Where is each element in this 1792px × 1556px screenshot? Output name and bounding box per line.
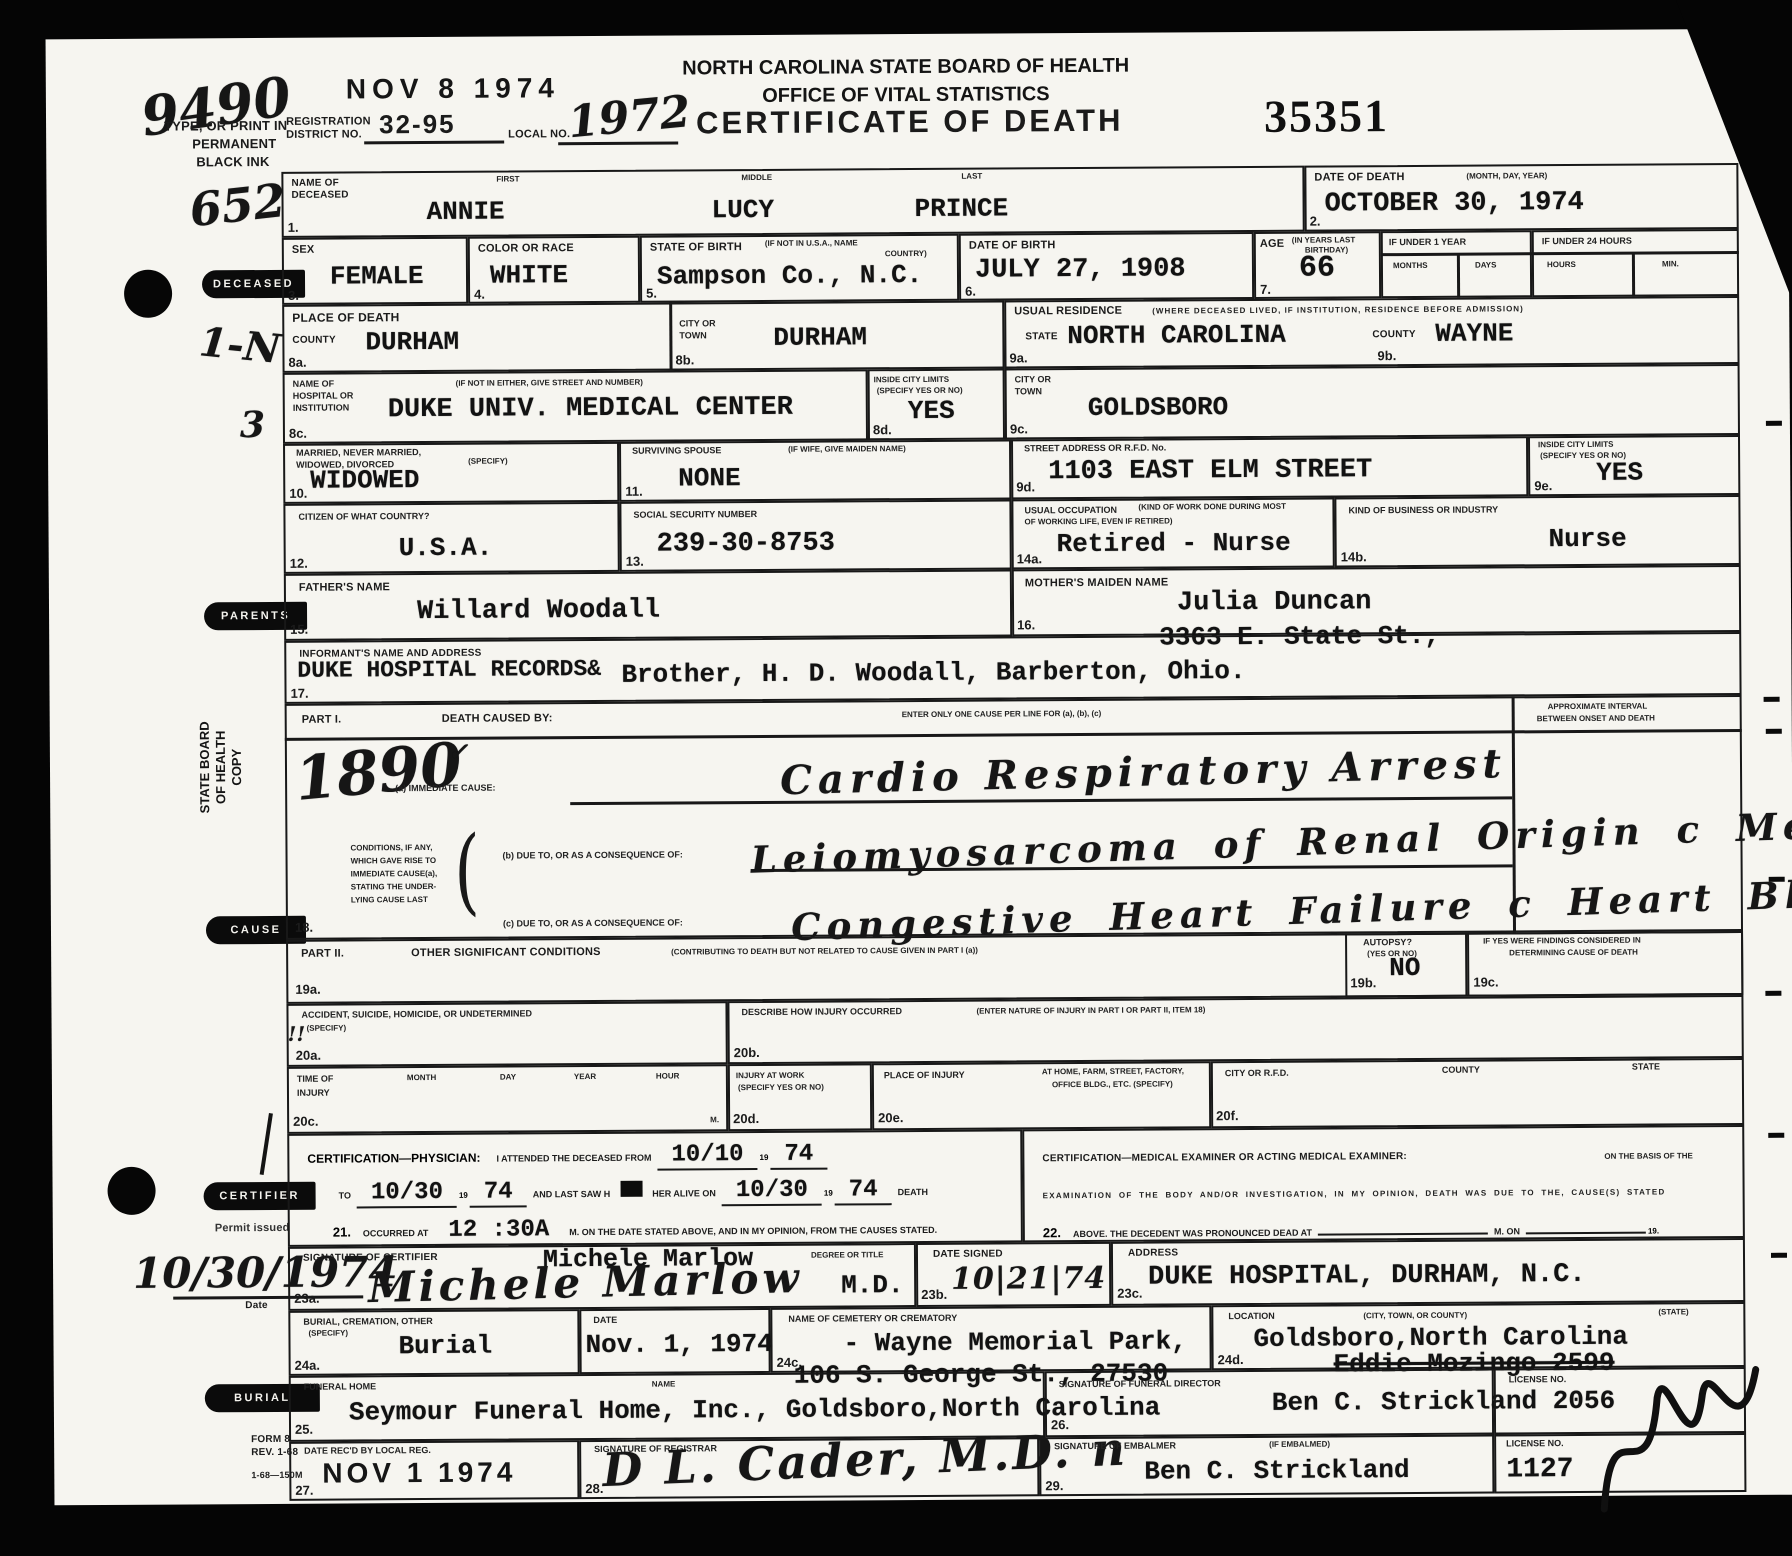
attended-to-value: 10/30 — [357, 1179, 457, 1209]
board-title: NORTH CAROLINA STATE BOARD OF HEALTH — [626, 54, 1186, 80]
field-7-num: 7. — [1260, 282, 1271, 297]
cemetery-label: NAME OF CEMETERY OR CREMATORY — [788, 1313, 957, 1324]
findings-label1: IF YES WERE FINDINGS CONSIDERED IN — [1483, 936, 1641, 946]
part1-title: DEATH CAUSED BY: — [442, 712, 553, 725]
occupation-label: USUAL OCCUPATION — [1024, 505, 1117, 516]
field-19c-num: 19c. — [1473, 974, 1498, 989]
physician-line2: TO 10/30 19 74 AND LAST SAW H HER ALIVE … — [333, 1176, 935, 1209]
birth-state-sub1: (IF NOT IN U.S.A., NAME — [765, 238, 858, 248]
scan-dash — [1764, 697, 1780, 702]
director-label: SIGNATURE OF FUNERAL DIRECTOR — [1059, 1378, 1221, 1389]
last-saw-value: 10/30 — [722, 1177, 822, 1207]
conditions-line5: LYING CAUSE LAST — [351, 895, 428, 904]
icl-8d-label: INSIDE CITY LIMITS — [874, 375, 949, 384]
attended-from-value: 10/10 — [657, 1141, 757, 1171]
hole-punch-top — [124, 270, 172, 318]
describe-sublabel: (ENTER NATURE OF INJURY IN PART I OR PAR… — [976, 1005, 1205, 1015]
local-no-label: LOCAL NO. — [508, 128, 570, 140]
icl-9e-value: YES — [1596, 458, 1643, 488]
residence-city-label2: TOWN — [1015, 386, 1042, 396]
hours-label: HOURS — [1547, 260, 1576, 269]
field-21-num: 21. — [333, 1224, 351, 1239]
middle-name-value: LUCY — [712, 195, 775, 225]
months-days-divider — [1457, 255, 1460, 298]
cemetery-value: - Wayne Memorial Park, — [843, 1326, 1186, 1358]
certifier-signature: Michele Marlow — [368, 1253, 804, 1312]
residence-city-value: GOLDSBORO — [1088, 392, 1229, 423]
scanned-death-certificate: { "header": { "received_stamp": "NOV 8 1… — [0, 0, 1792, 1556]
months-label: MONTHS — [1393, 261, 1428, 270]
date-signed-value: 10|21|74 — [951, 1261, 1106, 1297]
pronounced-time-slot — [1318, 1221, 1488, 1236]
funeral-home-name-label: NAME — [652, 1380, 676, 1389]
pod-city-label2: TOWN — [679, 330, 706, 340]
field-24a-num: 24a. — [295, 1358, 320, 1373]
margin-code-652: 652 — [187, 173, 288, 237]
scan-dash — [1769, 877, 1785, 882]
pod-city-label1: CITY OR — [679, 318, 715, 328]
address-label: ADDRESS — [1128, 1247, 1178, 1258]
field-27-num: 27. — [295, 1483, 313, 1498]
spouse-sublabel: (IF WIFE, GIVE MAIDEN NAME) — [788, 444, 906, 454]
to-label: TO — [339, 1190, 351, 1200]
field-20d-num: 20d. — [733, 1111, 759, 1126]
burial-type-label: BURIAL, CREMATION, OTHER — [303, 1316, 432, 1327]
yr19-c: 19 — [824, 1189, 833, 1198]
occurred-at-label: OCCURRED AT — [363, 1228, 429, 1238]
autopsy-label: AUTOPSY? — [1363, 937, 1412, 947]
last-saw-label-a: AND LAST SAW H — [533, 1189, 611, 1199]
scan-dash — [1771, 1253, 1787, 1258]
residence-county-label: COUNTY — [1372, 329, 1415, 340]
last-saw-year: 74 — [835, 1176, 892, 1205]
embalmer-license-label: LICENSE NO. — [1506, 1438, 1564, 1448]
burial-type-sublabel: (SPECIFY) — [308, 1329, 348, 1338]
work-sublabel: (SPECIFY YES OR NO) — [738, 1083, 824, 1093]
days-label: DAYS — [1475, 260, 1497, 269]
residence-city-label1: CITY OR — [1015, 374, 1051, 384]
local-no-underline — [558, 141, 678, 144]
ink-note-line3: BLACK INK — [196, 154, 269, 169]
form-number-line1: FORM 8 — [251, 1434, 290, 1445]
date-signed-label: DATE SIGNED — [933, 1249, 1003, 1260]
citizen-value: U.S.A. — [399, 533, 493, 564]
field-20c-num: 20c. — [293, 1114, 318, 1129]
mother-value: Julia Duncan — [1177, 587, 1372, 618]
hours-min-divider — [1632, 254, 1635, 297]
field-18-num: 18. — [295, 920, 313, 935]
work-label: INJURY AT WORK — [736, 1071, 805, 1080]
permit-date-caption: Date — [245, 1300, 268, 1311]
residence-label: USUAL RESIDENCE — [1014, 305, 1122, 318]
certificate-number: 35351 — [1264, 89, 1389, 143]
field-19a-num: 19a. — [295, 982, 320, 997]
copy-designation: STATE BOARDOF HEALTHCOPY — [197, 687, 268, 847]
marital-sublabel: (SPECIFY) — [468, 457, 508, 466]
embalmer-license-value: 1127 — [1506, 1454, 1573, 1485]
spouse-label: SURVIVING SPOUSE — [632, 445, 721, 456]
conditions-line3: IMMEDIATE CAUSE(a), — [351, 869, 438, 879]
field-9c-num: 9c. — [1010, 421, 1028, 436]
embalmer-sublabel: (IF EMBALMED) — [1269, 1440, 1330, 1449]
place-sub1: AT HOME, FARM, STREET, FACTORY, — [1042, 1066, 1184, 1076]
pronounced-dead-label: ABOVE. THE DECEDENT WAS PRONOUNCED DEAD … — [1073, 1228, 1312, 1239]
embalmer-label: SIGNATURE OF EMBALMER — [1054, 1440, 1176, 1451]
field-29-num: 29. — [1045, 1478, 1063, 1493]
dob-label: DATE OF BIRTH — [969, 239, 1056, 252]
injury-state-label: STATE — [1632, 1061, 1660, 1071]
field-4-num: 4. — [474, 287, 485, 302]
last-label: LAST — [961, 172, 982, 181]
pronounced-date-slot — [1526, 1220, 1646, 1235]
field-19b-num: 19b. — [1350, 975, 1376, 990]
examiner-title: CERTIFICATION—MEDICAL EXAMINER OR ACTING… — [1042, 1151, 1407, 1164]
age-value: 66 — [1299, 251, 1335, 285]
icl-8d-value: YES — [908, 396, 955, 426]
first-name-value: ANNIE — [427, 197, 505, 227]
field-20b-num: 20b. — [734, 1045, 760, 1060]
marital-value: WIDOWED — [310, 465, 419, 496]
interval-label1: APPROXIMATE INTERVAL — [1548, 702, 1648, 712]
scan-dash — [1768, 1133, 1784, 1138]
director-license-label: LICENSE NO. — [1509, 1374, 1567, 1384]
field-9d-num: 9d. — [1016, 479, 1035, 494]
yr19-b: 19 — [459, 1191, 468, 1200]
marital-label1: MARRIED, NEVER MARRIED, — [296, 447, 421, 458]
name-label-2: DECEASED — [291, 189, 348, 200]
field-14a-num: 14a. — [1017, 551, 1042, 566]
street-label: STREET ADDRESS OR R.F.D. No. — [1024, 442, 1166, 453]
ssn-value: 239-30-8753 — [657, 529, 835, 560]
part2-label: PART II. — [301, 948, 344, 960]
occupation-sub2: OF WORKING LIFE, EVEN IF RETIRED) — [1024, 516, 1172, 526]
race-label: COLOR OR RACE — [478, 242, 574, 255]
certificate-title: CERTIFICATE OF DEATH — [696, 103, 1124, 142]
hospital-label1: NAME OF — [293, 379, 335, 389]
ink-note-line2: PERMANENT — [192, 136, 276, 152]
funeral-home-value: Seymour Funeral Home, Inc., Goldsboro,No… — [349, 1393, 1161, 1428]
hospital-value: DUKE UNIV. MEDICAL CENTER — [388, 393, 793, 425]
time-label1: TIME OF — [297, 1074, 334, 1084]
middle-label: MIDDLE — [741, 173, 772, 182]
redaction-blot — [620, 1181, 642, 1197]
father-label: FATHER'S NAME — [299, 581, 390, 594]
hospital-label3: INSTITUTION — [293, 402, 350, 412]
field-3-num: 3. — [288, 288, 299, 303]
location-state-label: (STATE) — [1658, 1307, 1688, 1316]
birth-state-sub2: COUNTRY) — [885, 249, 927, 258]
m-label: M. — [710, 1115, 719, 1124]
field-20f-num: 20f. — [1216, 1108, 1238, 1123]
last-name-value: PRINCE — [914, 193, 1008, 224]
scan-dash — [1766, 421, 1782, 426]
occurred-at-value: 12 :30A — [434, 1216, 563, 1246]
attended-from-year: 74 — [770, 1141, 827, 1170]
industry-label: KIND OF BUSINESS OR INDUSTRY — [1348, 504, 1498, 515]
icl-8d-sublabel: (SPECIFY YES OR NO) — [877, 386, 963, 396]
field-5-num: 5. — [646, 286, 657, 301]
dod-label: DATE OF DEATH — [1314, 171, 1404, 184]
hospital-label2: HOSPITAL OR — [293, 390, 354, 400]
physician-line3: 21. OCCURRED AT 12 :30A M. ON THE DATE S… — [333, 1214, 943, 1247]
pod-divider — [669, 303, 672, 371]
month-label: MONTH — [407, 1073, 436, 1082]
birth-state-label: STATE OF BIRTH — [650, 241, 742, 254]
examiner-text1: ON THE BASIS OF THE — [1604, 1151, 1693, 1161]
dob-value: JULY 27, 1908 — [975, 254, 1186, 285]
field-23a-num: 23a. — [294, 1291, 319, 1306]
day-label: DAY — [500, 1072, 516, 1081]
m-on-label: M. ON — [1494, 1226, 1520, 1236]
location-sublabel: (CITY, TOWN, OR COUNTY) — [1363, 1311, 1467, 1321]
sex-value: FEMALE — [330, 261, 424, 292]
accident-handwritten-mark: !! — [288, 1022, 306, 1046]
address-value: DUKE HOSPITAL, DURHAM, N.C. — [1148, 1260, 1586, 1293]
field-23b-num: 23b. — [921, 1287, 947, 1302]
pod-county-label: COUNTY — [292, 335, 335, 346]
field-8a-num: 8a. — [288, 355, 306, 370]
received-date-stamp: NOV 8 1974 — [346, 72, 560, 105]
last-saw-label-b: HER ALIVE ON — [652, 1188, 716, 1198]
place-of-injury-label: PLACE OF INJURY — [884, 1070, 965, 1080]
local-no-value: 1972 — [566, 86, 693, 148]
race-value: WHITE — [490, 260, 568, 290]
field-13-num: 13. — [626, 554, 644, 569]
under24-label: IF UNDER 24 HOURS — [1542, 236, 1632, 247]
attended-to-year: 74 — [470, 1178, 527, 1207]
conditions-line2: WHICH GAVE RISE TO — [351, 856, 437, 866]
scan-dash — [1766, 729, 1782, 734]
field-20e-num: 20e. — [878, 1110, 903, 1125]
injury-county-label: COUNTY — [1442, 1065, 1480, 1075]
citizen-label: CITIZEN OF WHAT COUNTRY? — [298, 511, 429, 522]
handwritten-scrawl — [1572, 1344, 1786, 1526]
degree-value: M.D. — [841, 1270, 904, 1300]
part1-label: PART I. — [302, 714, 342, 726]
findings-label2: DETERMINING CAUSE OF DEATH — [1509, 948, 1638, 958]
burial-date-value: Nov. 1, 1974 — [585, 1329, 772, 1360]
age-label: AGE — [1260, 238, 1285, 250]
year-label: YEAR — [574, 1072, 596, 1081]
attended-from-label: I ATTENDED THE DECEASED FROM — [496, 1153, 651, 1164]
registration-underline — [364, 141, 504, 144]
dod-value: OCTOBER 30, 1974 — [1324, 188, 1583, 220]
field-24d-num: 24d. — [1218, 1352, 1244, 1367]
name-label-1: NAME OF — [291, 178, 339, 189]
residence-county-value: WAYNE — [1435, 318, 1513, 348]
received-label: DATE REC'D BY LOCAL REG. — [304, 1445, 431, 1456]
physician-title: CERTIFICATION—PHYSICIAN: — [307, 1151, 480, 1166]
part2-title: OTHER SIGNIFICANT CONDITIONS — [411, 946, 601, 959]
age-sub1: (IN YEARS LAST — [1292, 235, 1355, 244]
field-14b-num: 14b. — [1341, 549, 1367, 564]
cause-b-label: (b) DUE TO, OR AS A CONSEQUENCE OF: — [503, 849, 683, 860]
degree-label: DEGREE OR TITLE — [811, 1250, 884, 1259]
occupation-value: Retired - Nurse — [1057, 528, 1291, 559]
conditions-line1: CONDITIONS, IF ANY, — [350, 843, 432, 853]
margin-code-3: 3 — [240, 404, 265, 446]
first-label: FIRST — [496, 174, 519, 183]
part2-note: (CONTRIBUTING TO DEATH BUT NOT RELATED T… — [671, 946, 978, 957]
field-15-num: 15. — [290, 622, 308, 637]
field-22-num: 22. — [1043, 1225, 1061, 1240]
location-label: LOCATION — [1228, 1311, 1274, 1321]
physician-closing-text: M. ON THE DATE STATED ABOVE, AND IN MY O… — [569, 1225, 937, 1237]
field-1-num: 1. — [288, 220, 299, 235]
field-12-num: 12. — [290, 556, 308, 571]
ink-note-line1: TYPE, OR PRINT IN — [164, 118, 287, 134]
field-9a-num: 9a. — [1009, 350, 1027, 365]
yr19-a: 19 — [759, 1153, 768, 1162]
birth-state-value: Sampson Co., N.C. — [657, 260, 922, 292]
interval-label2: BETWEEN ONSET AND DEATH — [1537, 714, 1655, 724]
registration-label-1: REGISTRATION — [286, 115, 371, 128]
under1-label: IF UNDER 1 YEAR — [1389, 237, 1466, 247]
scan-dash — [1765, 991, 1781, 996]
received-stamp-value: NOV 1 1974 — [322, 1456, 516, 1489]
embalmer-value: Ben C. Strickland — [1144, 1455, 1409, 1487]
accident-sublabel: (SPECIFY) — [307, 1024, 347, 1033]
pod-city-value: DURHAM — [773, 322, 867, 353]
field-9e-num: 9e. — [1534, 478, 1552, 493]
physician-line1: CERTIFICATION—PHYSICIAN: I ATTENDED THE … — [307, 1141, 827, 1173]
place-sub2: OFFICE BLDG., ETC. (SPECIFY) — [1052, 1079, 1173, 1089]
mother-label: MOTHER'S MAIDEN NAME — [1025, 576, 1169, 589]
describe-label: DESCRIBE HOW INJURY OCCURRED — [741, 1006, 902, 1017]
margin-code-1n: 1-N — [197, 318, 282, 373]
autopsy-value: NO — [1389, 953, 1420, 983]
icl-9e-label: INSIDE CITY LIMITS — [1538, 440, 1613, 449]
burial-type-value: Burial — [398, 1331, 492, 1362]
sex-label: SEX — [292, 244, 315, 256]
burial-date-label: DATE — [593, 1315, 617, 1325]
residence-state-label: STATE — [1025, 331, 1057, 342]
spouse-value: NONE — [678, 463, 741, 493]
time-label2: INJURY — [297, 1088, 330, 1098]
part1-note: ENTER ONLY ONE CAUSE PER LINE FOR (a), (… — [902, 709, 1102, 719]
dod-sublabel: (MONTH, DAY, YEAR) — [1466, 171, 1547, 180]
min-label: MIN. — [1662, 259, 1679, 268]
funeral-home-label: FUNERAL HOME — [304, 1381, 376, 1391]
injury-city-label: CITY OR R.F.D. — [1225, 1068, 1289, 1078]
occupation-sub1: (KIND OF WORK DONE DURING MOST — [1138, 502, 1286, 512]
field-8c-num: 8c. — [289, 426, 307, 441]
certificate-page: 9490 TYPE, OR PRINT IN PERMANENT BLACK I… — [46, 29, 1792, 1506]
field-2-num: 2. — [1310, 214, 1321, 229]
hour-label: HOUR — [656, 1071, 680, 1080]
residence-state-value: NORTH CAROLINA — [1067, 320, 1286, 351]
field-25-num: 25. — [295, 1422, 313, 1437]
death-word-label: DEATH — [898, 1187, 928, 1197]
permit-issued-label: Permit issued — [215, 1222, 290, 1234]
registration-label-2: DISTRICT NO. — [286, 128, 362, 140]
informant-value1: DUKE HOSPITAL RECORDS& — [297, 656, 601, 684]
field-8b-num: 8b. — [675, 352, 694, 367]
field-28-num: 28. — [585, 1481, 603, 1496]
field-20a-num: 20a. — [296, 1048, 321, 1063]
conditions-line4: STATING THE UNDER- — [351, 882, 437, 892]
ssn-label: SOCIAL SECURITY NUMBER — [633, 509, 757, 520]
check-mark: ✓ — [448, 737, 468, 766]
cause-c-label: (c) DUE TO, OR AS A CONSEQUENCE OF: — [503, 917, 683, 928]
field-10-num: 10. — [289, 486, 307, 501]
me-19-label: 19. — [1648, 1227, 1659, 1236]
father-value: Willard Woodall — [417, 596, 660, 627]
field-8d-num: 8d. — [873, 422, 892, 437]
street-value: 1103 EAST ELM STREET — [1048, 455, 1372, 487]
margin-stroke — [260, 1113, 273, 1175]
informant-value2: Brother, H. D. Woodall, Barberton, Ohio. — [621, 656, 1245, 690]
cause-a-label: (a) IMMEDIATE CAUSE: — [395, 783, 495, 794]
hospital-sublabel: (IF NOT IN EITHER, GIVE STREET AND NUMBE… — [456, 378, 643, 388]
field-6-num: 6. — [965, 284, 976, 299]
field-16-num: 16. — [1017, 617, 1035, 632]
field-23c-num: 23c. — [1117, 1286, 1142, 1301]
hole-punch-bottom — [107, 1167, 155, 1215]
field-17-num: 17. — [290, 686, 308, 701]
accident-label: ACCIDENT, SUICIDE, HOMICIDE, OR UNDETERM… — [301, 1008, 532, 1019]
conditions-brace: ( — [454, 817, 480, 926]
registration-district-no: 32-95 — [379, 109, 456, 140]
pod-county-value: DURHAM — [365, 327, 459, 358]
place-of-death-label: PLACE OF DEATH — [292, 310, 399, 325]
industry-value: Nurse — [1549, 524, 1627, 554]
field-11-num: 11. — [625, 484, 642, 499]
field-9b-num: 9b. — [1377, 348, 1396, 363]
